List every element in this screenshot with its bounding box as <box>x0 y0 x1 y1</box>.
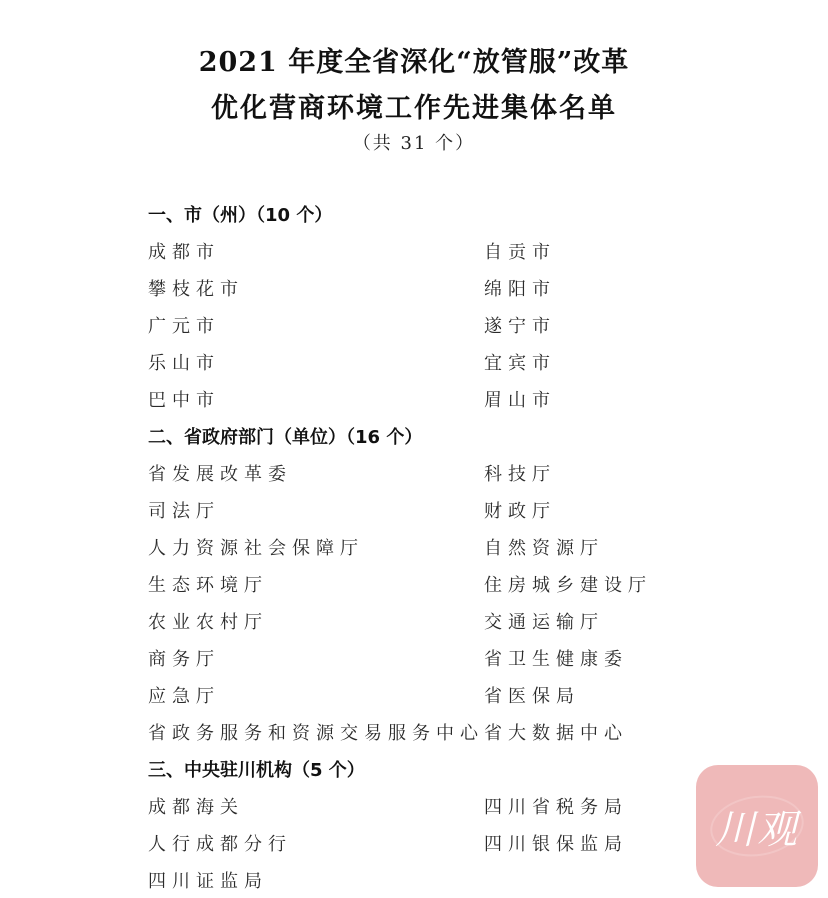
section-heading: 二、省政府部门（单位）（16 个） <box>148 425 668 462</box>
section-heading: 三、中央驻川机构（5 个） <box>148 758 668 795</box>
list-row: 司法厅 财政厅 <box>148 499 668 536</box>
list-item: 成都市 <box>148 240 484 277</box>
list-row: 商务厅 省卫生健康委 <box>148 647 668 684</box>
list-row: 攀枝花市 绵阳市 <box>148 277 668 314</box>
list-row: 成都市 自贡市 <box>148 240 668 277</box>
list-row: 生态环境厅 住房城乡建设厅 <box>148 573 668 610</box>
list-row: 人行成都分行 四川银保监局 <box>148 832 668 869</box>
list-row: 乐山市 宜宾市 <box>148 351 668 388</box>
section-provincial-departments: 二、省政府部门（单位）（16 个） 省发展改革委 科技厅 司法厅 财政厅 人力资… <box>148 425 668 758</box>
document-subtitle-count: （共 31 个） <box>0 129 828 155</box>
list-item: 四川省税务局 <box>484 795 628 832</box>
list-item: 省医保局 <box>484 684 580 721</box>
list-row: 省发展改革委 科技厅 <box>148 462 668 499</box>
list-item: 宜宾市 <box>484 351 556 388</box>
list-item: 住房城乡建设厅 <box>484 573 652 610</box>
list-item: 乐山市 <box>148 351 484 388</box>
list-row: 应急厅 省医保局 <box>148 684 668 721</box>
list-item: 商务厅 <box>148 647 484 684</box>
list-item: 遂宁市 <box>484 314 556 351</box>
list-row: 广元市 遂宁市 <box>148 314 668 351</box>
list-row: 农业农村厅 交通运输厅 <box>148 610 668 647</box>
list-row: 成都海关 四川省税务局 <box>148 795 668 832</box>
award-list: 一、市（州）（10 个） 成都市 自贡市 攀枝花市 绵阳市 广元市 遂宁市 乐山… <box>148 203 668 898</box>
list-item: 应急厅 <box>148 684 484 721</box>
list-item: 自贡市 <box>484 240 556 277</box>
list-item: 广元市 <box>148 314 484 351</box>
list-row: 四川证监局 <box>148 869 668 898</box>
list-item: 农业农村厅 <box>148 610 484 647</box>
list-item: 科技厅 <box>484 462 556 499</box>
list-item: 巴中市 <box>148 388 484 425</box>
list-row: 省政务服务和资源交易服务中心 省大数据中心 <box>148 721 668 758</box>
list-item: 司法厅 <box>148 499 484 536</box>
document-title-line2: 优化营商环境工作先进集体名单 <box>0 86 828 125</box>
list-item: 自然资源厅 <box>484 536 604 573</box>
list-item: 攀枝花市 <box>148 277 484 314</box>
chuanguan-logo-icon: 川观 <box>696 765 818 887</box>
list-item: 绵阳市 <box>484 277 556 314</box>
list-item: 四川银保监局 <box>484 832 628 869</box>
list-row: 巴中市 眉山市 <box>148 388 668 425</box>
list-item: 省政务服务和资源交易服务中心 <box>148 721 484 758</box>
section-central-agencies: 三、中央驻川机构（5 个） 成都海关 四川省税务局 人行成都分行 四川银保监局 … <box>148 758 668 898</box>
list-item: 成都海关 <box>148 795 484 832</box>
list-item: 省发展改革委 <box>148 462 484 499</box>
list-item: 人行成都分行 <box>148 832 484 869</box>
section-cities: 一、市（州）（10 个） 成都市 自贡市 攀枝花市 绵阳市 广元市 遂宁市 乐山… <box>148 203 668 425</box>
list-item: 四川证监局 <box>148 869 484 898</box>
document-title-line1: 2021 年度全省深化“放管服”改革 <box>0 40 828 79</box>
list-item: 交通运输厅 <box>484 610 604 647</box>
list-item: 生态环境厅 <box>148 573 484 610</box>
list-item: 省卫生健康委 <box>484 647 628 684</box>
list-item: 人力资源社会保障厅 <box>148 536 484 573</box>
list-item: 省大数据中心 <box>484 721 628 758</box>
logo-text: 川观 <box>715 798 799 855</box>
list-item: 眉山市 <box>484 388 556 425</box>
section-heading: 一、市（州）（10 个） <box>148 203 668 240</box>
list-item: 财政厅 <box>484 499 556 536</box>
list-row: 人力资源社会保障厅 自然资源厅 <box>148 536 668 573</box>
